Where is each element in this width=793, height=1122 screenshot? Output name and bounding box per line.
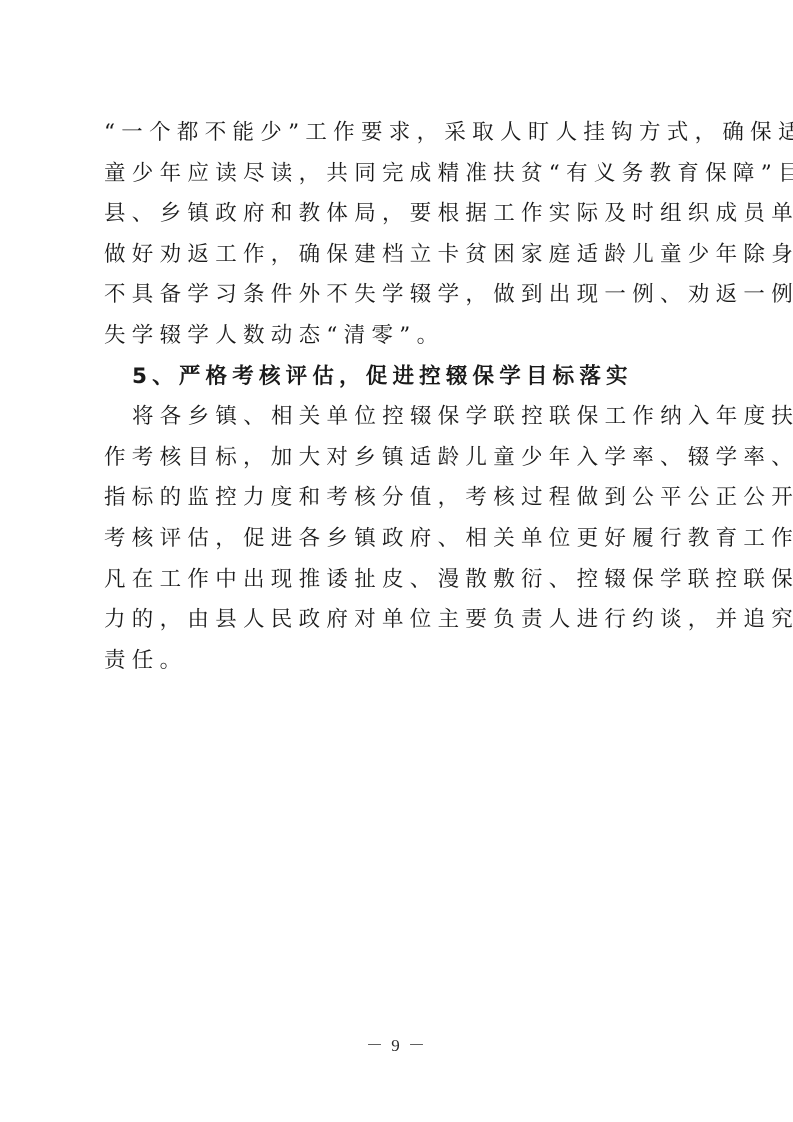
paragraph-continuation: “一个都不能少”工作要求，采取人盯人挂钩方式，确保适龄儿 童少年应读尽读，共同完… xyxy=(104,113,700,357)
page-number: － 9 － xyxy=(0,1034,793,1058)
section-heading: 5、严格考核评估，促进控辍保学目标落实 xyxy=(104,357,700,398)
text-line: 失学辍学人数动态“清零”。 xyxy=(104,316,700,357)
text-line: 童少年应读尽读，共同完成精准扶贫“有义务教育保障”目标。 xyxy=(104,154,700,195)
text-line: 县、乡镇政府和教体局，要根据工作实际及时组织成员单位共同 xyxy=(104,194,700,235)
document-page: “一个都不能少”工作要求，采取人盯人挂钩方式，确保适龄儿 童少年应读尽读，共同完… xyxy=(0,0,793,1122)
document-body: “一个都不能少”工作要求，采取人盯人挂钩方式，确保适龄儿 童少年应读尽读，共同完… xyxy=(104,113,700,681)
text-line: 力的，由县人民政府对单位主要负责人进行约谈，并追究其相关 xyxy=(104,600,700,641)
text-line: 不具备学习条件外不失学辍学，做到出现一例、劝返一例，保持 xyxy=(104,275,700,316)
text-line: “一个都不能少”工作要求，采取人盯人挂钩方式，确保适龄儿 xyxy=(104,113,700,154)
text-line: 责任。 xyxy=(104,641,700,682)
text-line: 做好劝返工作，确保建档立卡贫困家庭适龄儿童少年除身体原因 xyxy=(104,235,700,276)
text-line: 凡在工作中出现推诿扯皮、漫散敷衍、控辍保学联控联保工作不 xyxy=(104,560,700,601)
text-line: 将各乡镇、相关单位控辍保学联控联保工作纳入年度扶贫工 xyxy=(104,397,700,438)
section-5: 5、严格考核评估，促进控辍保学目标落实 将各乡镇、相关单位控辍保学联控联保工作纳… xyxy=(104,357,700,682)
text-line: 指标的监控力度和考核分值，考核过程做到公平公正公开，严格 xyxy=(104,478,700,519)
text-line: 作考核目标，加大对乡镇适龄儿童少年入学率、辍学率、巩固率 xyxy=(104,438,700,479)
text-line: 考核评估，促进各乡镇政府、相关单位更好履行教育工作职责。 xyxy=(104,519,700,560)
